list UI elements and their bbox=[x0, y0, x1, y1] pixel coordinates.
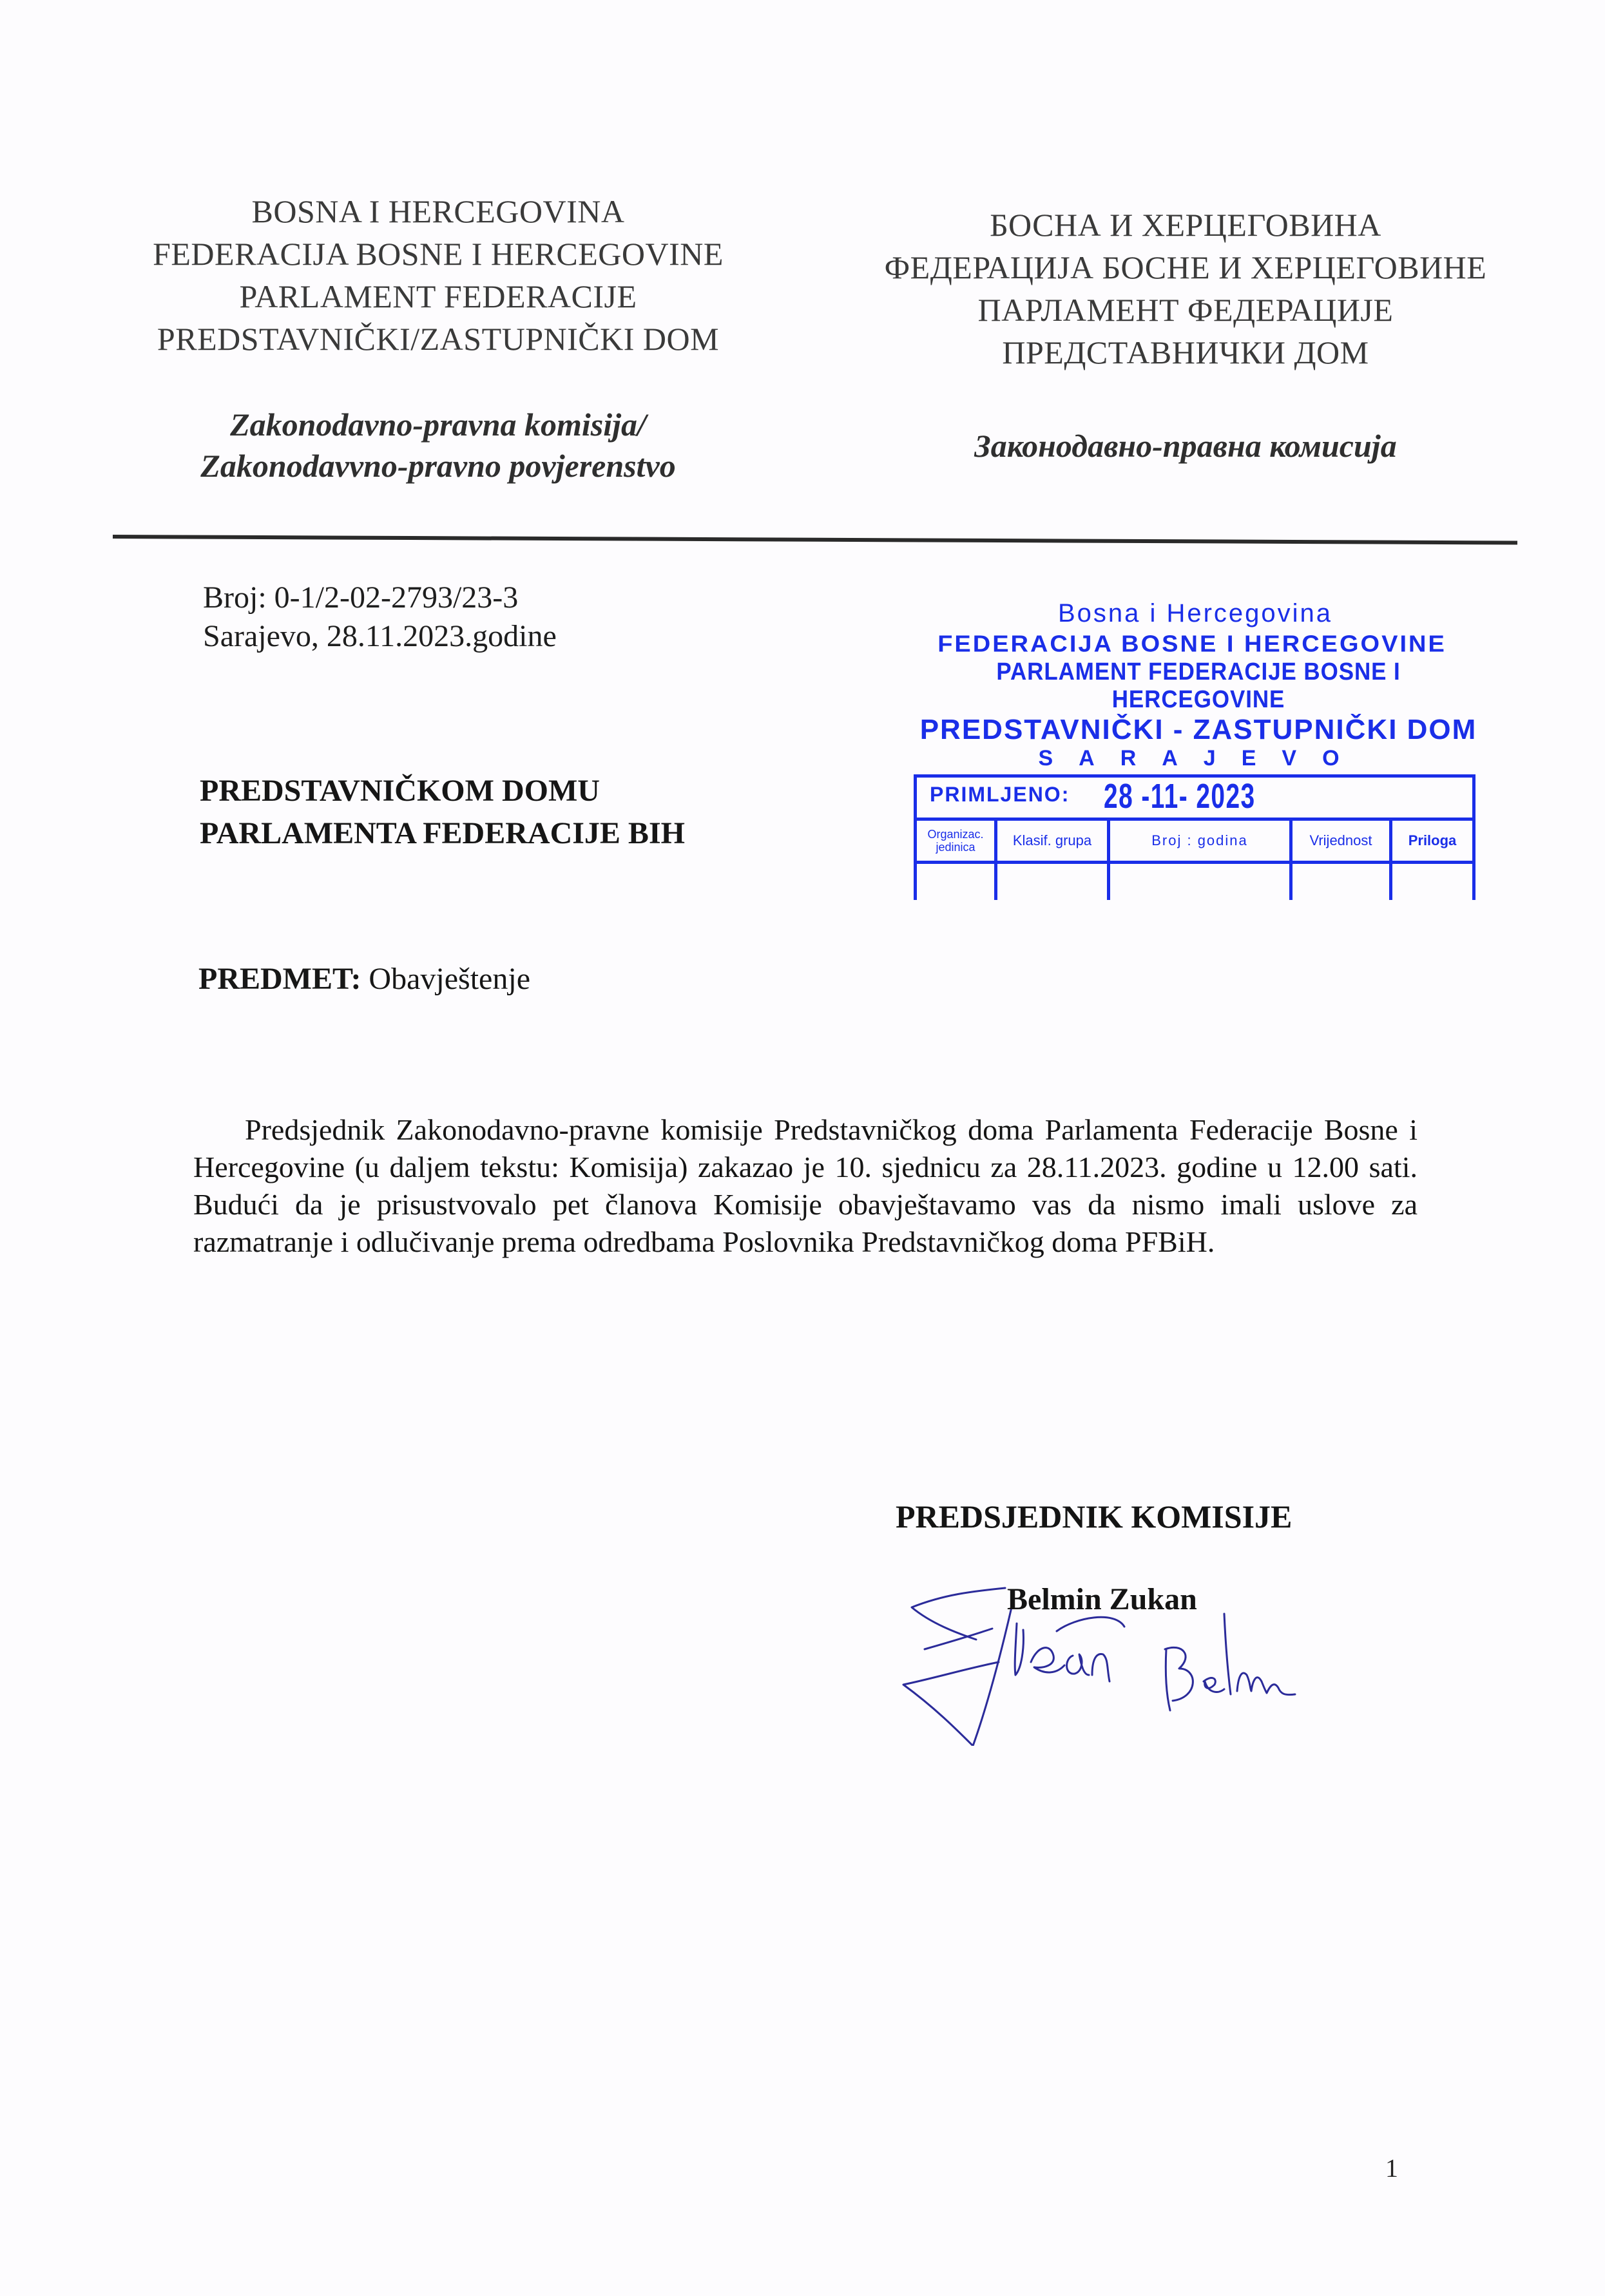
subject-label: PREDMET: bbox=[198, 962, 361, 996]
stamp-col-number-year: Broj : godina bbox=[1110, 821, 1293, 861]
stamp-line-city: SARAJEVO bbox=[921, 746, 1482, 771]
stamp-col-attachments: Priloga bbox=[1392, 821, 1472, 861]
header-federation: FEDERACIJA BOSNE I HERCEGOVINE bbox=[129, 233, 747, 275]
recipient-line-1: PREDSTAVNIČKOM DOMU bbox=[200, 770, 685, 812]
page-number: 1 bbox=[1385, 2153, 1398, 2183]
body-paragraph: Predsjednik Zakonodavno-pravne komisije … bbox=[193, 1111, 1418, 1261]
stamp-cell bbox=[1392, 864, 1472, 900]
committee-name-1: Zakonodavno-pravna komisija/ bbox=[129, 404, 747, 445]
signatory-title: PREDSJEDNIK KOMISIJE bbox=[896, 1498, 1292, 1535]
stamp-line-federation: FEDERACIJA BOSNE I HERCEGOVINE bbox=[902, 631, 1482, 658]
stamp-cell bbox=[997, 864, 1110, 900]
reference-number: Broj: 0-1/2-02-2793/23-3 bbox=[203, 579, 557, 617]
subject-line: PREDMET: Obavještenje bbox=[198, 961, 530, 997]
stamp-header-row: Organizac. jedinica Klasif. grupa Broj :… bbox=[917, 818, 1472, 864]
header-country: BOSNA I HERCEGOVINA bbox=[129, 190, 747, 233]
stamp-line-parliament: PARLAMENT FEDERACIJE BOSNE I HERCEGOVINE bbox=[937, 658, 1459, 714]
recipient-line-2: PARLAMENTA FEDERACIJE BIH bbox=[200, 812, 685, 855]
stamp-cell bbox=[917, 864, 997, 900]
stamp-line-country: Bosna i Hercegovina bbox=[908, 599, 1482, 628]
stamp-received-label: PRIMLJENO: bbox=[930, 783, 1070, 807]
stamp-col-org-unit: Organizac. jedinica bbox=[917, 821, 997, 861]
header-house: PREDSTAVNIČKI/ZASTUPNIČKI DOM bbox=[129, 318, 747, 360]
stamp-col-value: Vrijednost bbox=[1293, 821, 1392, 861]
reference-block: Broj: 0-1/2-02-2793/23-3 Sarajevo, 28.11… bbox=[203, 579, 557, 656]
signatory-name: Belmin Zukan bbox=[1007, 1582, 1197, 1617]
stamp-empty-row bbox=[917, 864, 1472, 900]
subject-value: Obavještenje bbox=[369, 962, 530, 996]
header-latin: BOSNA I HERCEGOVINA FEDERACIJA BOSNE I H… bbox=[129, 190, 747, 360]
committee-name-2: Zakonodavvno-pravno povjerenstvo bbox=[129, 445, 747, 486]
received-stamp: Bosna i Hercegovina FEDERACIJA BOSNE I H… bbox=[902, 599, 1482, 771]
header-cyrillic: БОСНА И ХЕРЦЕГОВИНА ФЕДЕРАЦИЈА БОСНЕ И Х… bbox=[857, 204, 1514, 374]
header-parliament: PARLAMENT FEDERACIJE bbox=[129, 275, 747, 318]
header-parliament-cyr: ПАРЛАМЕНТ ФЕДЕРАЦИЈЕ bbox=[857, 289, 1514, 331]
header-committee-latin: Zakonodavno-pravna komisija/ Zakonodavvn… bbox=[129, 404, 747, 486]
header-federation-cyr: ФЕДЕРАЦИЈА БОСНЕ И ХЕРЦЕГОВИНЕ bbox=[857, 246, 1514, 289]
stamp-table: PRIMLJENO: 28 -11- 2023 Organizac. jedin… bbox=[914, 774, 1475, 900]
header-country-cyr: БОСНА И ХЕРЦЕГОВИНА bbox=[857, 204, 1514, 246]
header-divider bbox=[113, 535, 1517, 545]
stamp-cell bbox=[1110, 864, 1293, 900]
header-house-cyr: ПРЕДСТАВНИЧКИ ДОМ bbox=[857, 331, 1514, 374]
stamp-received-date: 28 -11- 2023 bbox=[1104, 776, 1256, 816]
stamp-col-class-group: Klasif. grupa bbox=[997, 821, 1110, 861]
stamp-line-house: PREDSTAVNIČKI - ZASTUPNIČKI DOM bbox=[915, 714, 1482, 746]
header-committee-cyrillic: Законодавно-правна комисија bbox=[857, 425, 1514, 466]
stamp-cell bbox=[1293, 864, 1392, 900]
place-date: Sarajevo, 28.11.2023.godine bbox=[203, 617, 557, 656]
recipient-block: PREDSTAVNIČKOM DOMU PARLAMENTA FEDERACIJ… bbox=[200, 770, 685, 855]
